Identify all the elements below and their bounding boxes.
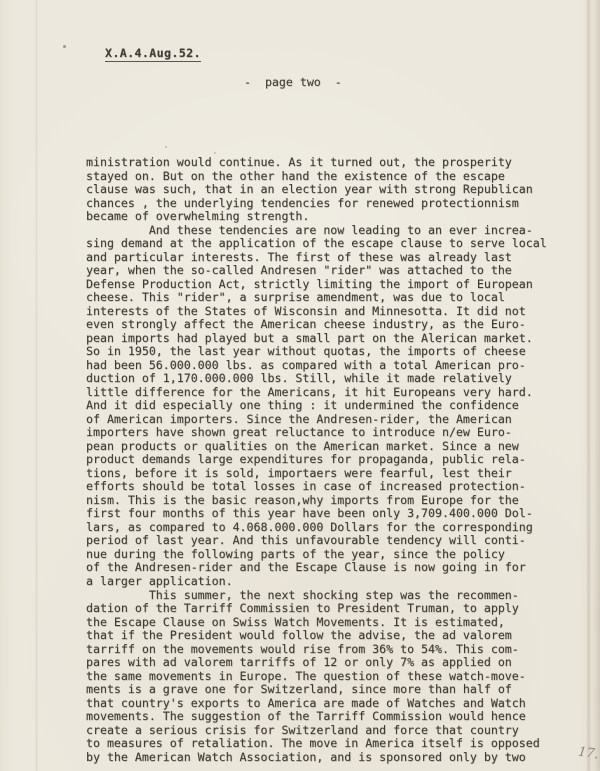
paper-edge-shadow-right [586, 0, 591, 771]
scanned-document-page: X.A.4.Aug.52. - page two - ministration … [0, 0, 600, 771]
pencil-page-annotation: 17. [577, 745, 600, 763]
paper-speck [214, 152, 216, 154]
paper-crease-left [35, 0, 38, 771]
paper-speck [165, 146, 167, 148]
document-reference-heading: X.A.4.Aug.52. [105, 46, 201, 62]
paper-speck [63, 45, 66, 48]
page-number-label: - page two - [244, 75, 342, 89]
typewritten-body-text: ministration would continue. As it turne… [86, 156, 547, 764]
